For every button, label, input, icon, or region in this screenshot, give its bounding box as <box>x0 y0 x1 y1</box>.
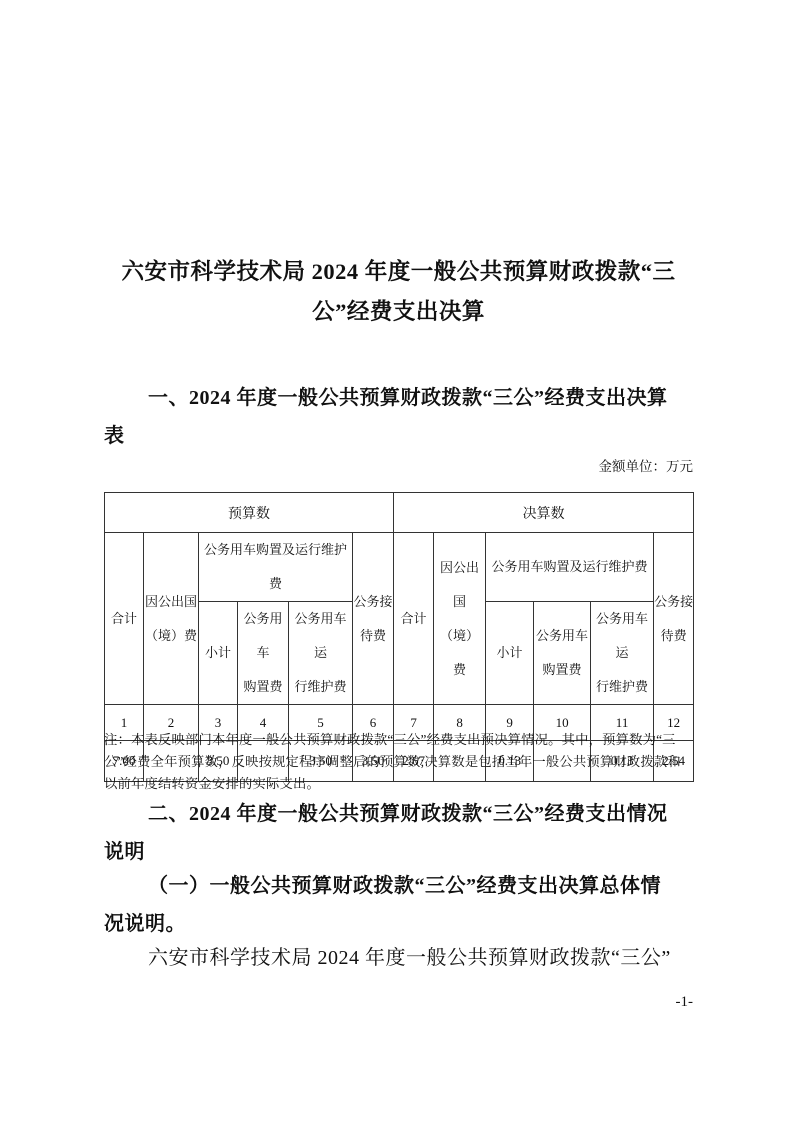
body-paragraph: 六安市科学技术局 2024 年度一般公共预算财政拨款“三公” <box>104 939 693 977</box>
section1-heading-line2: 表 <box>104 417 693 455</box>
budget-purchase-header: 公务用车 购置费 <box>238 602 289 705</box>
document-title-line1: 六安市科学技术局 2024 年度一般公共预算财政拨款“三 <box>104 252 693 292</box>
document-title: 六安市科学技术局 2024 年度一般公共预算财政拨款“三 公”经费支出决算 <box>104 252 693 332</box>
budget-vehicle-group-header: 公务用车购置及运行维护费 <box>199 533 353 602</box>
subsection1-heading-line1: （一）一般公共预算财政拨款“三公”经费支出决算总体情 <box>104 867 693 905</box>
section2-heading-line2: 说明 <box>104 833 693 871</box>
final-reception-header: 公务接 待费 <box>654 533 694 705</box>
final-subtotal-header: 小计 <box>486 602 534 705</box>
subsection1-heading: （一）一般公共预算财政拨款“三公”经费支出决算总体情 况说明。 <box>104 867 693 943</box>
budget-abroad-header: 因公出国 （境）费 <box>144 533 199 705</box>
budget-maintenance-header: 公务用车运 行维护费 <box>289 602 353 705</box>
section1-heading: 一、2024 年度一般公共预算财政拨款“三公”经费支出决算 表 <box>104 379 693 455</box>
table-header-row-upper: 合计 因公出国 （境）费 公务用车购置及运行维护费 公务接 待费 合计 因公出国… <box>105 533 694 602</box>
amount-unit-label: 金额单位：万元 <box>104 455 693 479</box>
body-paragraph-line1: 六安市科学技术局 2024 年度一般公共预算财政拨款“三公” <box>104 939 693 977</box>
table-note-line2: 公”经费全年预算数，反映按规定程序调整后的预算数;决算数是包括当年一般公共预算财… <box>104 751 693 773</box>
section2-heading-line1: 二、2024 年度一般公共预算财政拨款“三公”经费支出情况 <box>104 795 693 833</box>
budget-subtotal-header: 小计 <box>199 602 238 705</box>
document-title-line2: 公”经费支出决算 <box>104 292 693 332</box>
final-total-header: 合计 <box>394 533 434 705</box>
page-number: -1- <box>104 991 693 1013</box>
section1-heading-line1: 一、2024 年度一般公共预算财政拨款“三公”经费支出决算 <box>104 379 693 417</box>
budget-group-header: 预算数 <box>105 493 394 533</box>
table-note-line1: 注：本表反映部门本年度一般公共预算财政拨款“三公”经费支出预决算情况。其中，预算… <box>104 729 693 751</box>
subsection1-heading-line2: 况说明。 <box>104 905 693 943</box>
budget-total-header: 合计 <box>105 533 144 705</box>
table-note: 注：本表反映部门本年度一般公共预算财政拨款“三公”经费支出预决算情况。其中，预算… <box>104 729 693 795</box>
final-maintenance-header: 公务用车运 行维护费 <box>591 602 654 705</box>
final-purchase-header: 公务用车 购置费 <box>534 602 591 705</box>
final-group-header: 决算数 <box>394 493 694 533</box>
document-page: 六安市科学技术局 2024 年度一般公共预算财政拨款“三 公”经费支出决算 一、… <box>0 0 793 1122</box>
final-vehicle-group-header: 公务用车购置及运行维护费 <box>486 533 654 602</box>
table-note-line3: 以前年度结转资金安排的实际支出。 <box>104 773 693 795</box>
budget-reception-header: 公务接 待费 <box>353 533 394 705</box>
section2-heading: 二、2024 年度一般公共预算财政拨款“三公”经费支出情况 说明 <box>104 795 693 871</box>
final-abroad-header: 因公出国 （境）费 <box>434 533 486 705</box>
table-group-header-row: 预算数 决算数 <box>105 493 694 533</box>
